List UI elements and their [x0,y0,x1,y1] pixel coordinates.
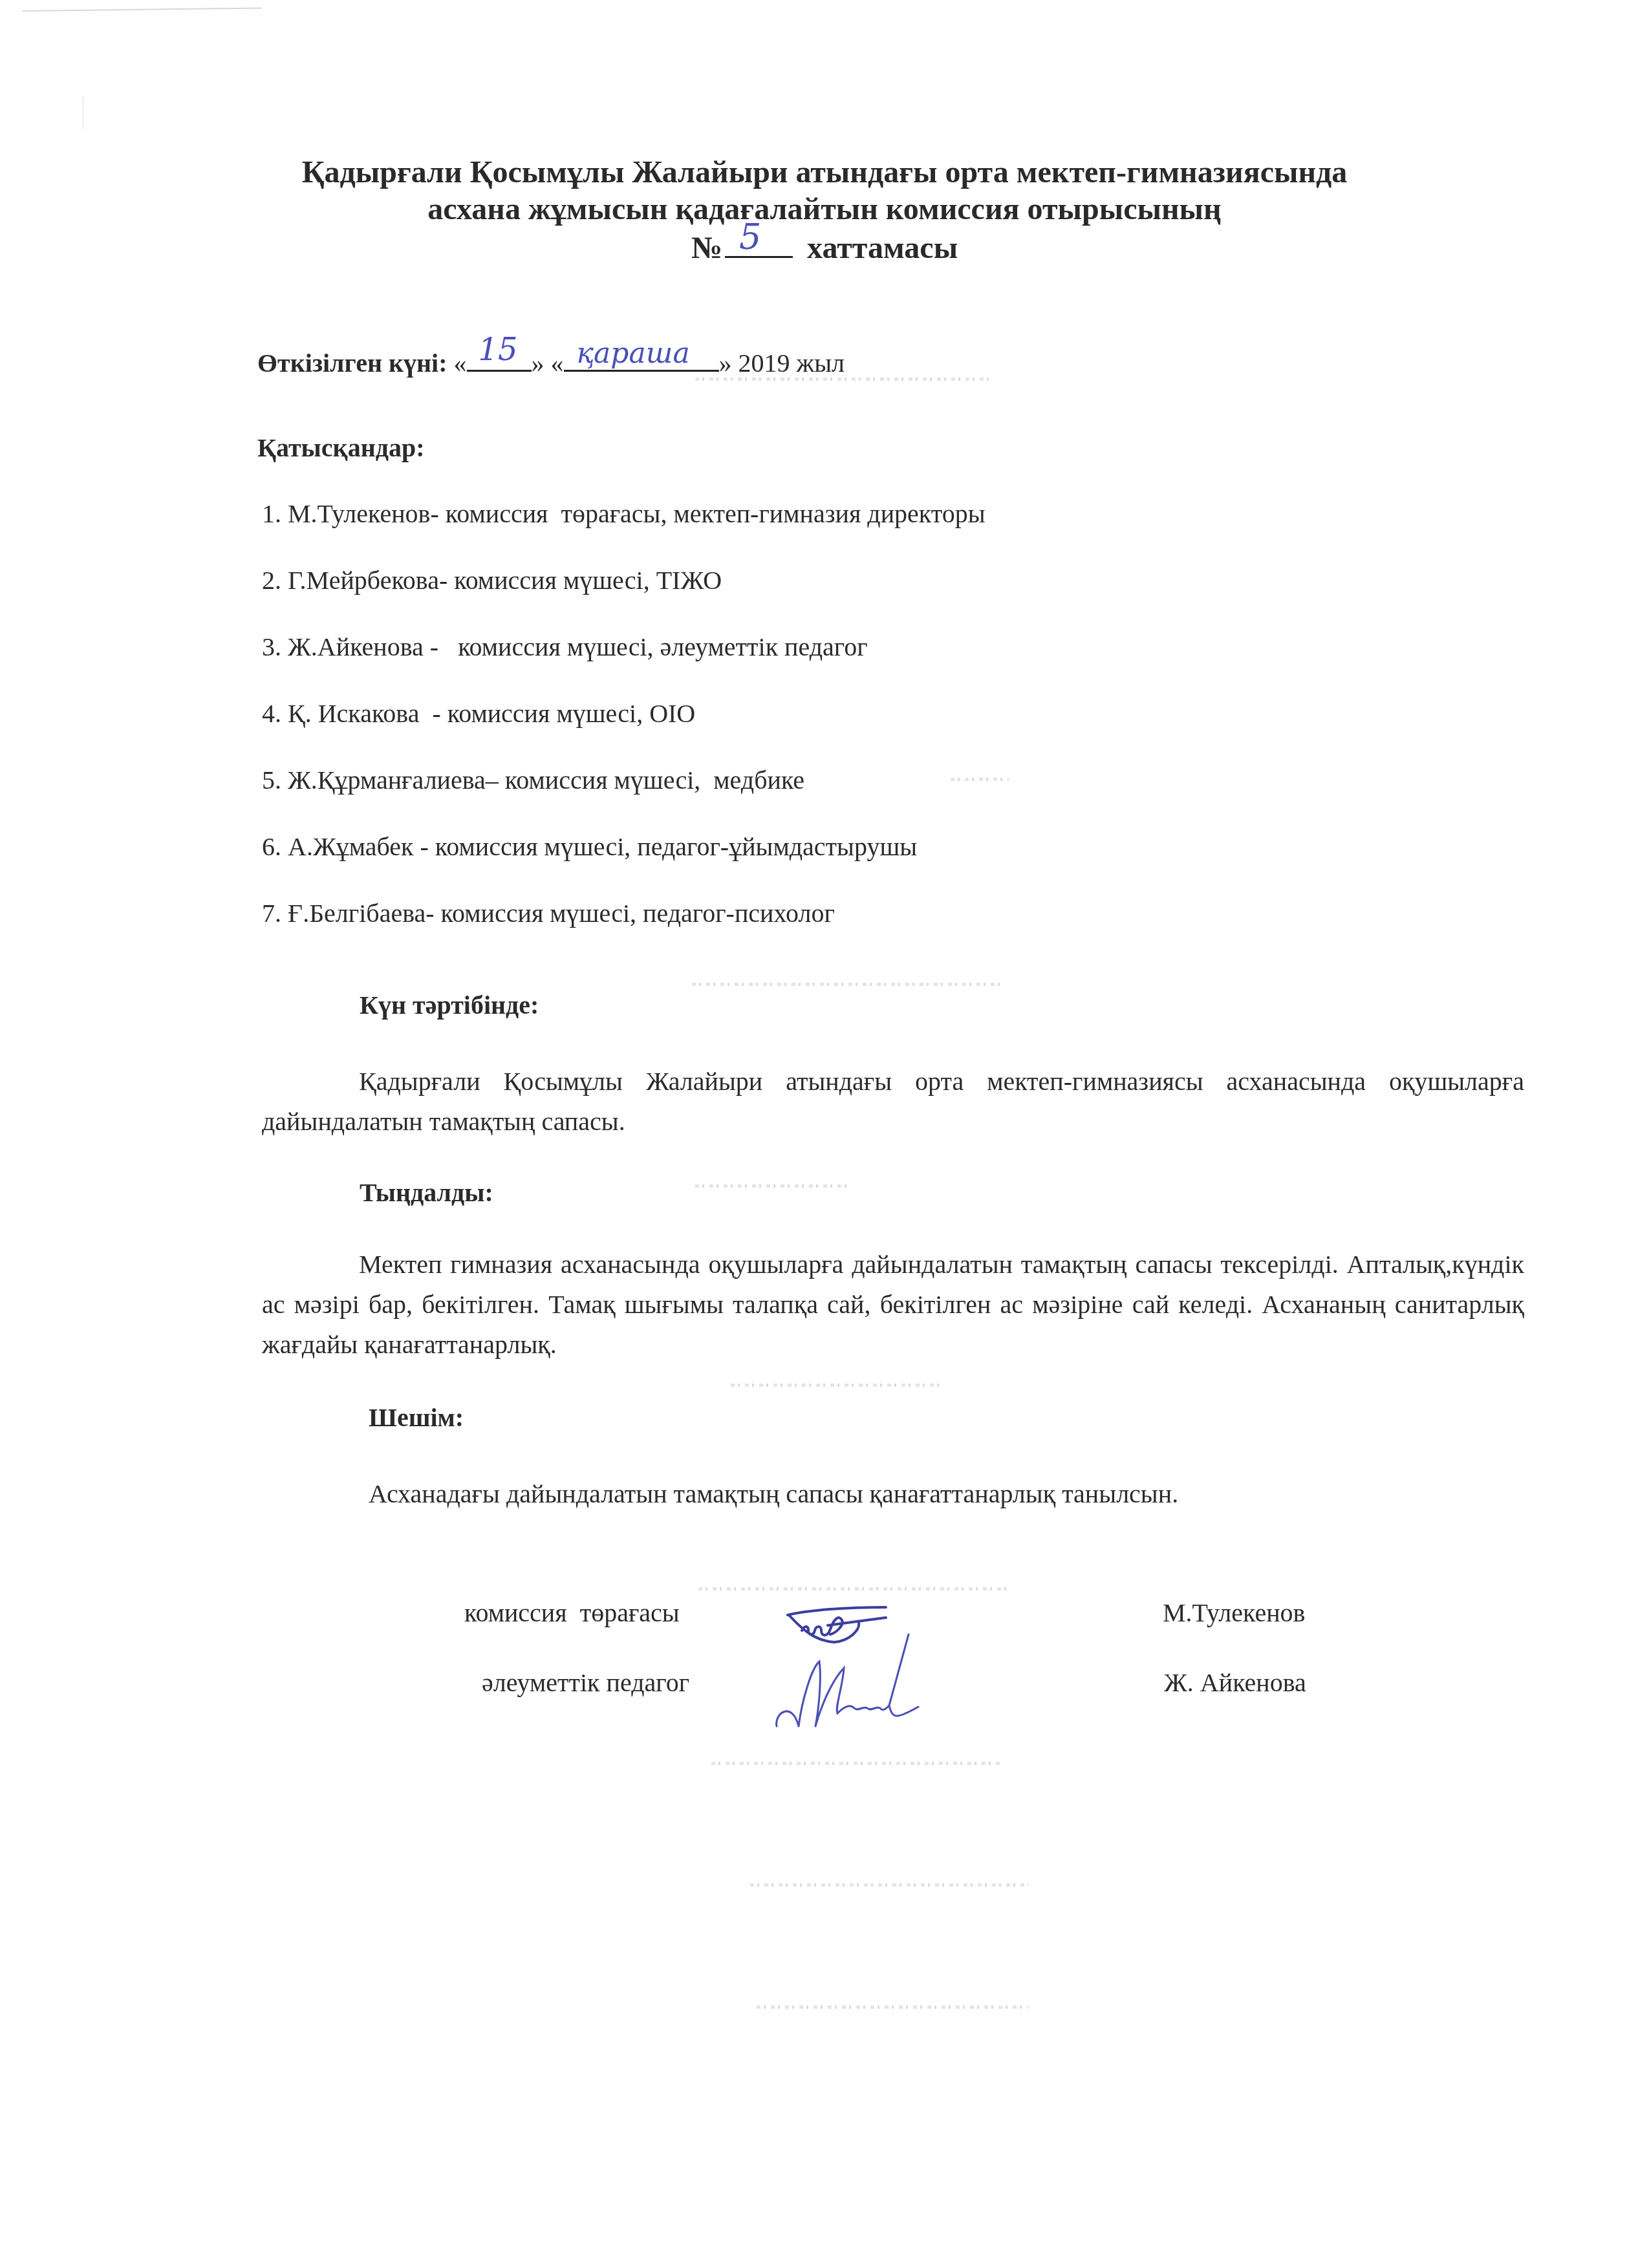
participant-item: 2. Г.Мейрбекова- комиссия мүшесі, ТІЖО [262,564,986,631]
protocol-suffix: хаттамасы [807,231,958,265]
participants-heading: Қатысқандар: [257,432,425,464]
close-quote: » [532,348,544,378]
scan-noise [711,1762,1002,1765]
participant-item: 6. А.Жұмабек - комиссия мүшесі, педагог-… [262,831,986,897]
decision-text: Асханадағы дайындалатын тамақтың сапасы … [369,1474,1533,1514]
meeting-date-line: Өткізілген күні: «15» «қараша» 2019 жыл [257,344,845,380]
scan-noise [692,983,1002,986]
protocol-number-handwritten: 5 [739,219,761,255]
month-field: қараша [564,344,719,372]
protocol-number-line: №5хаттамасы [0,228,1649,266]
heard-text: Мектеп гимназия асханасында оқушыларға д… [262,1245,1524,1365]
scan-noise [731,1384,944,1387]
scan-noise [750,1883,1028,1887]
close-quote: » [719,348,732,378]
signature-name-social-pedagogue: Ж. Айкенова [1164,1667,1306,1699]
document-title: Қадырғали Қосымұлы Жалайыри атындағы орт… [0,154,1649,266]
heard-heading: Тыңдалды: [360,1177,493,1209]
open-quote: « [551,348,564,378]
month-handwritten: қараша [577,337,690,370]
signature-name-chair: М.Тулекенов [1163,1597,1305,1629]
participant-item: 4. Қ. Искакова - комиссия мүшесі, ОІО [262,698,986,764]
participant-item: 3. Ж.Айкенова - комиссия мүшесі, әлеумет… [262,631,986,698]
participant-item: 1. М.Тулекенов- комиссия төрағасы, мекте… [262,498,986,564]
scan-noise [695,1184,850,1188]
title-line-2: асхана жұмысын қадағалайтын комиссия оты… [0,191,1649,228]
year-text: 2019 жыл [738,348,845,378]
protocol-number-field: 5 [725,228,793,258]
day-handwritten: 15 [479,334,518,366]
date-label: Өткізілген күні: [257,348,447,378]
participant-item: 7. Ғ.Белгібаева- комиссия мүшесі, педаго… [262,897,986,964]
scan-noise [757,2006,1028,2009]
day-field: 15 [467,344,532,372]
number-sign: № [691,231,722,265]
scan-artifact-tick [83,97,83,129]
decision-heading: Шешім: [369,1402,464,1434]
agenda-text: Қадырғали Қосымұлы Жалайыри атындағы орт… [262,1062,1524,1142]
signature-role-social-pedagogue: әлеуметтік педагог [482,1667,689,1699]
signature-role-chair: комиссия төрағасы [464,1597,680,1629]
open-quote: « [454,348,467,378]
signature-icon [773,1629,934,1736]
scan-noise [698,1587,1009,1590]
agenda-heading: Күн тәртібінде: [360,989,539,1022]
title-line-1: Қадырғали Қосымұлы Жалайыри атындағы орт… [0,154,1649,191]
participant-item: 5. Ж.Құрманғалиева– комиссия мүшесі, мед… [262,764,986,831]
participants-list: 1. М.Тулекенов- комиссия төрағасы, мекте… [262,498,986,964]
scan-artifact-line [23,7,262,12]
